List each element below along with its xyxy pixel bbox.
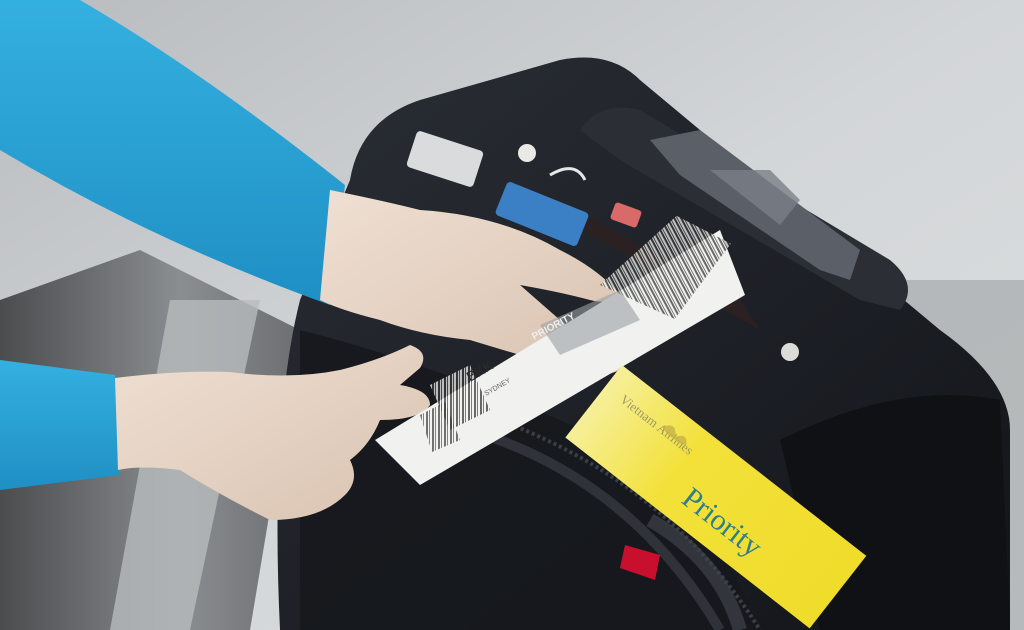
rivet [518,144,536,162]
uniform-sleeve-lower [0,360,120,490]
rivet [781,343,799,361]
scene-illustration: BKK SYDNEY PRIORITY Vietnam Airlines Pri… [0,0,1024,630]
photo-scene: BKK SYDNEY PRIORITY Vietnam Airlines Pri… [0,0,1024,630]
